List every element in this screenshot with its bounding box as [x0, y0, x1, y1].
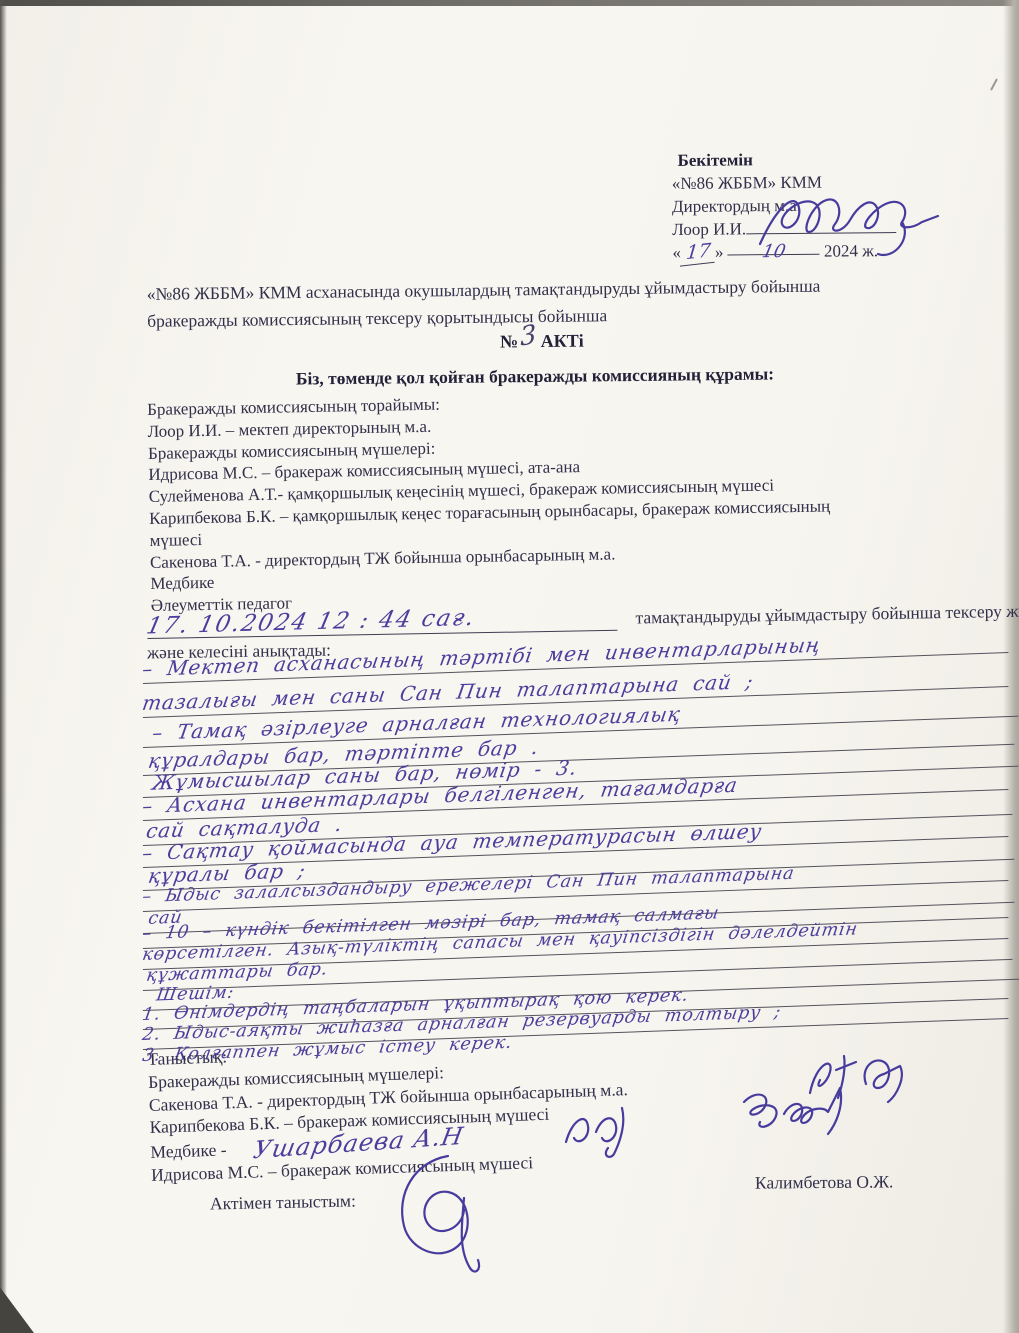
- footer-right-name: Калимбетова О.Ж.: [755, 1171, 894, 1193]
- act-title-text: АКТі: [541, 331, 584, 351]
- scan-edge-left: [0, 0, 7, 1333]
- pencil-mark: [990, 78, 998, 90]
- scan-edge-top: [0, 0, 1019, 6]
- director-signature: [752, 182, 947, 272]
- inspection-printed-text: тамақтандыруды ұйымдастыру бойынша тексе…: [635, 600, 1019, 628]
- intro-paragraph: «№86 ЖББМ» КММ асханасында окушылардың т…: [147, 271, 938, 335]
- karipbekova-signature: [728, 1080, 868, 1140]
- medbike-signature: [556, 1102, 646, 1162]
- act-number-prefix: №: [500, 331, 518, 351]
- act-title: №3АКТі: [500, 330, 584, 353]
- approval-title: Бекітемін: [671, 147, 895, 172]
- acquainted-label: Актімен таныстым:: [210, 1190, 356, 1214]
- handwritten-act-number: 3: [520, 326, 537, 347]
- acquainted-signature: [378, 1148, 518, 1278]
- approval-name: Лоор И.И.: [672, 219, 746, 239]
- handwritten-day: 17: [679, 239, 716, 267]
- medbike-label: Медбике -: [150, 1140, 227, 1163]
- members-list: Бракеражды комиссиясының торайымы: Лоор …: [147, 387, 832, 617]
- scanned-document-page: Бекітемін «№86 ЖББМ» КММ Директордың м.а…: [0, 0, 1019, 1333]
